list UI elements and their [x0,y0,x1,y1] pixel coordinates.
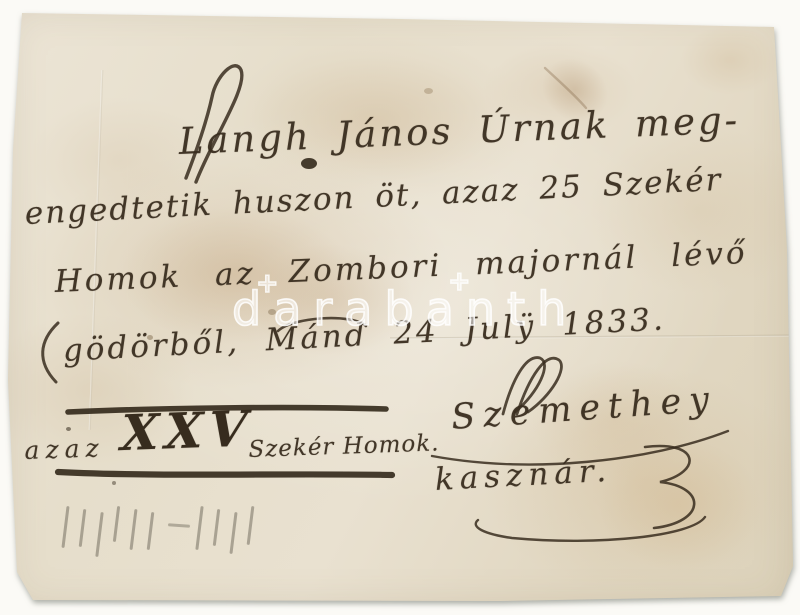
ink-speck [112,481,116,485]
amount-prefix: azaz [24,433,105,465]
pen-smudge [545,68,586,108]
ink-blot [301,158,317,169]
tally-stroke [229,512,237,554]
watermark-plus-icon: + [448,266,471,297]
tally-stroke [113,506,120,542]
ink-speck [66,427,71,431]
tally-stroke [195,506,203,550]
tally-stroke [61,506,69,548]
tally-stroke [147,512,155,550]
tally-stroke [247,506,255,545]
paren-flourish [43,323,58,382]
amount-suffix: Szekér Homok. [248,430,440,463]
tally-stroke [130,509,138,550]
tally-dash [168,523,190,528]
ink-speck [424,88,433,94]
three-flourish [645,446,694,528]
tally-stroke [95,512,103,557]
auction-watermark-text: darabanth [232,282,578,336]
handwriting-line-1: Langh János Úrnak meg- [178,98,741,163]
paper-shadow-wrap: Langh János Úrnak meg- engedtetik huszon… [0,0,800,615]
stain [600,440,760,570]
watermark-plus-icon: + [256,268,279,299]
scan-background: Langh János Úrnak meg- engedtetik huszon… [0,0,800,615]
tally-stroke [79,509,87,547]
paper-sheet: Langh János Úrnak meg- engedtetik huszon… [0,0,800,615]
handwriting-line-2: engedtetik huszon öt, azaz 25 Szekér [24,162,723,232]
fold-crease-vertical [89,70,104,430]
bottom-swoosh [476,517,705,541]
stain [680,25,780,95]
rule-bottom [58,472,392,475]
signature-title: kasznár. [434,453,613,498]
amount-roman-numeral: XXV [120,399,254,462]
signature-name: Szemethey [450,379,718,437]
tally-stroke [213,509,220,546]
